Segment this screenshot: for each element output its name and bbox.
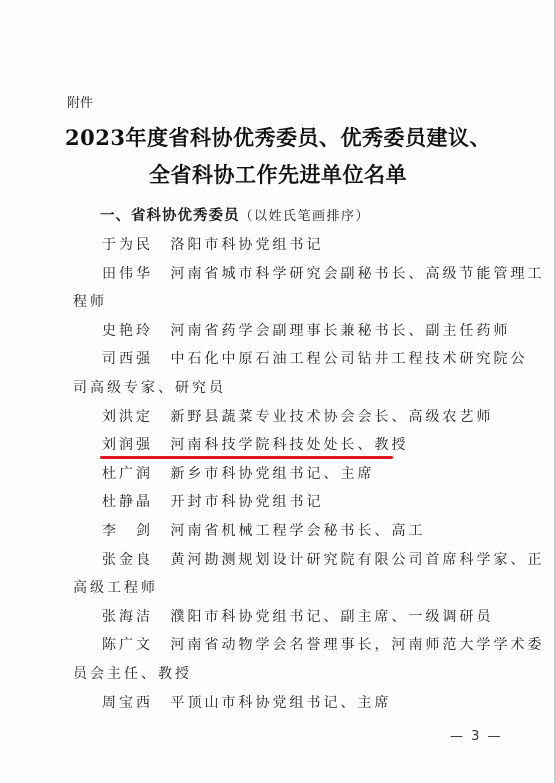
member-title: 黄河勘测规划设计研究院有限公司首席科学家、正 [170,552,544,568]
member-title-continued: 司高级专家、研究员 [73,380,226,396]
member-title: 濮阳市科协党组书记、副主席、一级调研员 [170,609,493,625]
member-name: 杜静晶 [102,488,163,517]
page-number: — 3 — [450,729,503,744]
list-item: 周宝西 平顶山市科协党组书记、主席 [0,689,556,718]
section-heading-text: 一、省科协优秀委员 [100,208,240,224]
member-title-continued: 高级工程师 [73,580,158,596]
section-heading-note: （以姓氏笔画排序） [240,209,371,224]
member-title: 河南省机械工程学会秘书长、高工 [170,523,425,539]
member-title: 平顶山市科协党组书记、主席 [170,695,391,711]
list-item: 张海洁 濮阳市科协党组书记、副主席、一级调研员 [0,603,556,632]
list-item: 于为民 洛阳市科协党组书记 [0,231,556,260]
member-name: 李 剑 [102,517,163,546]
list-item: 刘洪定 新野县蔬菜专业技术协会会长、高级农艺师 [0,403,556,432]
list-item: 李 剑 河南省机械工程学会秘书长、高工 [0,517,556,546]
member-title: 开封市科协党组书记 [170,494,323,510]
list-item: 田伟华 河南省城市科学研究会副秘书长、高级节能管理工 程师 [0,260,556,317]
member-title: 河南科技学院科技处处长、教授 [170,437,408,453]
member-name: 周宝西 [102,689,163,718]
section-heading: 一、省科协优秀委员（以姓氏笔画排序） [100,204,370,225]
member-name: 史艳玲 [102,317,163,346]
committee-member-list: 于为民 洛阳市科协党组书记 田伟华 河南省城市科学研究会副秘书长、高级节能管理工… [0,231,556,717]
list-item: 史艳玲 河南省药学会副理事长兼秘书长、副主任药师 [0,317,556,346]
member-title: 新野县蔬菜专业技术协会会长、高级农艺师 [170,409,493,425]
list-item: 张金良 黄河勘测规划设计研究院有限公司首席科学家、正 高级工程师 [0,546,556,603]
member-name: 田伟华 [102,260,163,289]
member-title: 河南省动物学会名誉理事长，河南师范大学学术委 [170,637,544,653]
member-name: 刘洪定 [102,403,163,432]
member-title-continued: 程师 [73,294,107,310]
document-title-line-2: 全省科协工作先进单位名单 [0,159,556,189]
member-name: 张金良 [102,546,163,575]
member-title: 河南省城市科学研究会副秘书长、高级节能管理工 [170,266,544,282]
list-item-highlighted: 刘润强 河南科技学院科技处处长、教授 [0,431,556,460]
member-name: 陈广文 [102,631,163,660]
list-item: 陈广文 河南省动物学会名誉理事长，河南师范大学学术委 员会主任、教授 [0,631,556,688]
list-item: 杜静晶 开封市科协党组书记 [0,488,556,517]
member-title: 中石化中原石油工程公司钻井工程技术研究院公 [170,351,527,367]
list-item: 司西强 中石化中原石油工程公司钻井工程技术研究院公 司高级专家、研究员 [0,345,556,402]
member-title-continued: 员会主任、教授 [73,666,192,682]
member-name: 司西强 [102,345,163,374]
list-item: 杜广润 新乡市科协党组书记、主席 [0,460,556,489]
red-underline-annotation [100,456,393,459]
attachment-label: 附件 [67,92,93,111]
member-name: 张海洁 [102,603,163,632]
document-title-line-1: 2023年度省科协优秀委员、优秀委员建议、 [0,122,556,152]
member-name: 杜广润 [102,460,163,489]
member-title: 新乡市科协党组书记、主席 [170,466,374,482]
document-page: 附件 2023年度省科协优秀委员、优秀委员建议、 全省科协工作先进单位名单 一、… [0,0,556,783]
member-name: 于为民 [102,231,163,260]
member-title: 洛阳市科协党组书记 [170,237,323,253]
member-title: 河南省药学会副理事长兼秘书长、副主任药师 [170,323,510,339]
